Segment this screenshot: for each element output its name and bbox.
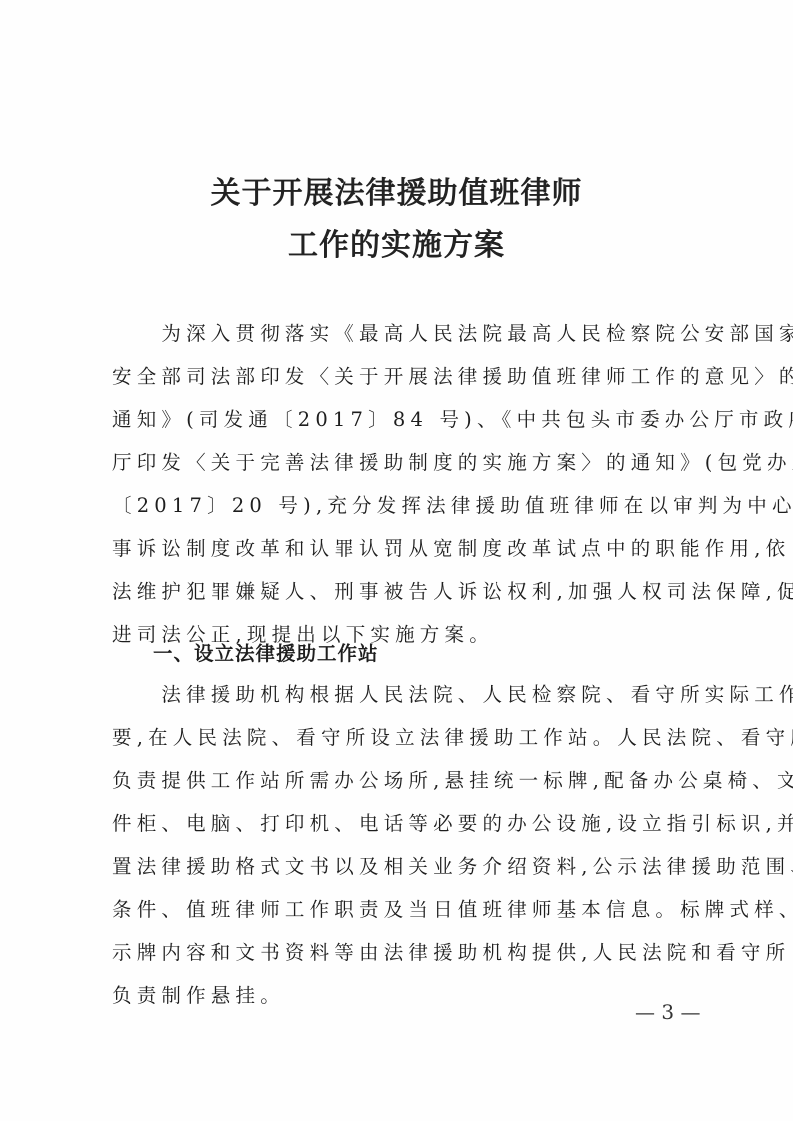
paragraph-line: 负责提供工作站所需办公场所,悬挂统一标牌,配备办公桌椅、文 xyxy=(112,770,712,792)
paragraph-line: 要,在人民法院、看守所设立法律援助工作站。人民法院、看守所 xyxy=(112,727,712,749)
paragraph-line: 法维护犯罪嫌疑人、刑事被告人诉讼权利,加强人权司法保障,促 xyxy=(112,581,712,603)
paragraph-line: 条件、值班律师工作职责及当日值班律师基本信息。标牌式样、公 xyxy=(112,899,712,921)
paragraph-line: 法律援助机构根据人民法院、人民检察院、看守所实际工作需 xyxy=(112,684,712,706)
paragraph-line: 置法律援助格式文书以及相关业务介绍资料,公示法律援助范围、 xyxy=(112,856,712,878)
paragraph-line: 通知》(司发通〔2017〕84 号)、《中共包头市委办公厅市政府办公 xyxy=(112,409,712,431)
paragraph-line: 为深入贯彻落实《最高人民法院最高人民检察院公安部国家 xyxy=(112,323,712,345)
document-title-line-2: 工作的实施方案 xyxy=(0,220,793,264)
page-number: — 3 — xyxy=(635,1000,700,1024)
paragraph-line: 示牌内容和文书资料等由法律援助机构提供,人民法院和看守所 xyxy=(112,942,712,964)
paragraph-line: 〔2017〕20 号),充分发挥法律援助值班律师在以审判为中心的刑 xyxy=(112,495,712,517)
paragraph-line: 事诉讼制度改革和认罪认罚从宽制度改革试点中的职能作用,依 xyxy=(112,538,712,560)
paragraph-line: 件柜、电脑、打印机、电话等必要的办公设施,设立指引标识,并放 xyxy=(112,813,712,835)
paragraph-line: 安全部司法部印发〈关于开展法律援助值班律师工作的意见〉的 xyxy=(112,366,712,388)
document-page: 关于开展法律援助值班律师 工作的实施方案 为深入贯彻落实《最高人民法院最高人民检… xyxy=(0,0,793,1121)
document-title-line-1: 关于开展法律援助值班律师 xyxy=(0,168,793,212)
section-heading: 一、设立法律援助工作站 xyxy=(112,643,712,665)
paragraph-line: 厅印发〈关于完善法律援助制度的实施方案〉的通知》(包党办发 xyxy=(112,452,712,474)
paragraph-line: 负责制作悬挂。 xyxy=(112,985,712,1007)
